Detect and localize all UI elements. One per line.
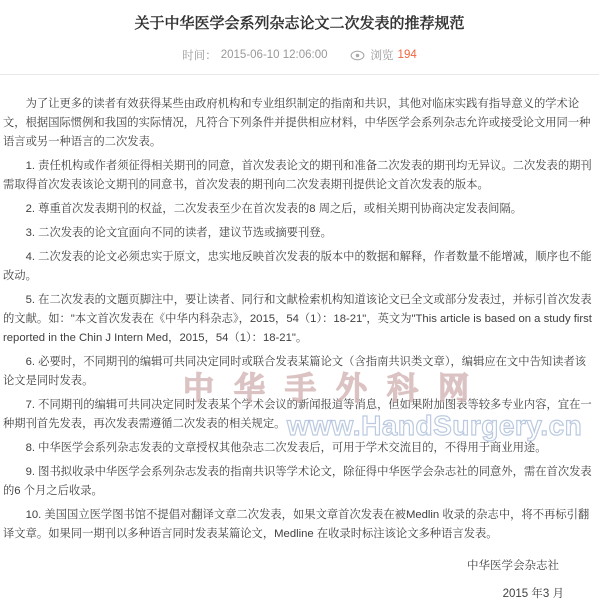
article-paragraph: 4. 二次发表的论文必须忠实于原文，忠实地反映首次发表的版本中的数据和解释，作者… xyxy=(3,248,595,286)
time-label: 时间： xyxy=(182,47,217,63)
views-count: 194 xyxy=(398,49,417,61)
views-counter: 浏览 194 xyxy=(350,47,417,63)
article-paragraph: 为了让更多的读者有效获得某些由政府机构和专业组织制定的指南和共识，其他对临床实践… xyxy=(3,95,595,152)
article-paragraph: 6. 必要时，不同期刊的编辑可共同决定同时或联合发表某篇论文（含指南共识类文章）… xyxy=(3,353,595,391)
article-paragraph: 3. 二次发表的论文宜面向不同的读者，建议节选或摘要刊登。 xyxy=(3,224,595,243)
article-paragraph: 10. 美国国立医学图书馆不提倡对翻译文章二次发表，如果文章首次发表在被Medl… xyxy=(3,506,595,544)
publish-time: 时间：2015-06-10 12:06:00 xyxy=(182,47,327,63)
signature-date: 2015 年3 月 xyxy=(3,585,595,604)
article-page: 关于中华医学会系列杂志论文二次发表的推荐规范 时间：2015-06-10 12:… xyxy=(0,0,599,608)
time-value: 2015-06-10 12:06:00 xyxy=(221,49,328,61)
article-header: 关于中华医学会系列杂志论文二次发表的推荐规范 时间：2015-06-10 12:… xyxy=(0,0,599,75)
page-title: 关于中华医学会系列杂志论文二次发表的推荐规范 xyxy=(0,13,599,34)
views-label: 浏览 xyxy=(371,47,394,63)
article-paragraph: 5. 在二次发表的文题页脚注中，要让读者、同行和文献检索机构知道该论文已全文或部… xyxy=(3,291,595,348)
article-body: 为了让更多的读者有效获得某些由政府机构和专业组织制定的指南和共识，其他对临床实践… xyxy=(0,75,599,604)
article-meta: 时间：2015-06-10 12:06:00 浏览 194 xyxy=(0,47,599,63)
signature: 中华医学会杂志社 xyxy=(3,557,595,576)
article-paragraph: 1. 责任机构或作者须征得相关期刊的同意，首次发表论文的期刊和准备二次发表的期刊… xyxy=(3,157,595,195)
article-paragraph: 7. 不同期刊的编辑可共同决定同时发表某个学术会议的新闻报道等消息，但如果附加图… xyxy=(3,396,595,434)
article-paragraph: 9. 图书拟收录中华医学会系列杂志发表的指南共识等学术论文，除征得中华医学会杂志… xyxy=(3,463,595,501)
article-paragraph: 8. 中华医学会系列杂志发表的文章授权其他杂志二次发表后，可用于学术交流目的，不… xyxy=(3,439,595,458)
article-paragraph: 2. 尊重首次发表期刊的权益，二次发表至少在首次发表的8 周之后，或相关期刊协商… xyxy=(3,200,595,219)
eye-icon xyxy=(350,50,365,61)
